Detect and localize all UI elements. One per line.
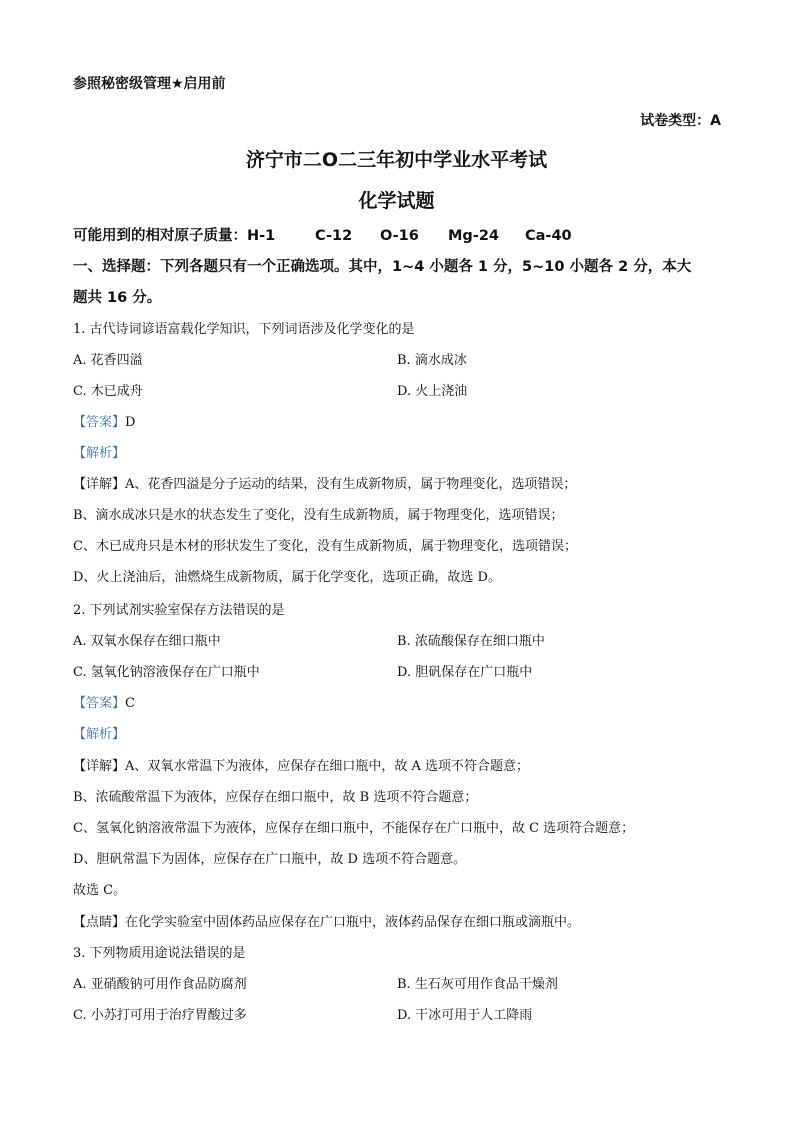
question-2-answer: 【答案】C [73, 692, 135, 711]
question-1-detail-c: C、木已成舟只是木材的形状发生了变化，没有生成新物质，属于物理变化，选项错误； [73, 535, 577, 554]
question-1-analysis-tag: 【解析】 [73, 442, 125, 461]
question-2-analysis-tag: 【解析】 [73, 723, 125, 742]
answer-tag: 【答案】 [73, 415, 125, 430]
question-3-option-a: A. 亚硝酸钠可用作食品防腐剂 [73, 973, 247, 992]
question-1-stem: 1. 古代诗词谚语富载化学知识，下列词语涉及化学变化的是 [73, 318, 415, 337]
question-1-detail-a: 【详解】A、花香四溢是分子运动的结果，没有生成新物质，属于物理变化，选项错误； [73, 473, 576, 492]
question-2-option-c: C. 氢氧化钠溶液保存在广口瓶中 [73, 661, 260, 680]
question-1-option-a: A. 花香四溢 [73, 349, 143, 368]
answer-tag: 【答案】 [73, 696, 125, 711]
paper-type: 试卷类型：A [640, 110, 721, 130]
question-2-detail-a: 【详解】A、双氧水常温下为液体，应保存在细口瓶中，故 A 选项不符合题意； [73, 755, 529, 774]
question-1-option-b: B. 滴水成冰 [397, 349, 467, 368]
question-2-stem: 2. 下列试剂实验室保存方法错误的是 [73, 599, 285, 618]
question-1-detail-d: D、火上浇油后，油燃烧生成新物质，属于化学变化，选项正确，故选 D。 [73, 566, 501, 585]
question-1-option-c: C. 木已成舟 [73, 380, 143, 399]
question-2-point: 【点睛】在化学实验室中固体药品应保存在广口瓶中，液体药品保存在细口瓶或滴瓶中。 [73, 911, 580, 930]
detail-tag: 【详解】 [73, 759, 125, 774]
mass-item: Mg-24 [448, 228, 525, 244]
answer-value: C [125, 696, 135, 711]
question-2-option-d: D. 胆矾保存在广口瓶中 [397, 661, 532, 680]
question-3-stem: 3. 下列物质用途说法错误的是 [73, 942, 246, 961]
question-2-option-a: A. 双氧水保存在细口瓶中 [73, 630, 221, 649]
atomic-masses: 可能用到的相对原子质量：H-1C-12O-16Mg-24Ca-40 [73, 224, 572, 245]
question-3-option-d: D. 干冰可用于人工降雨 [397, 1004, 532, 1023]
point-text: 在化学实验室中固体药品应保存在广口瓶中，液体药品保存在细口瓶或滴瓶中。 [125, 915, 580, 930]
question-2-conclusion: 故选 C。 [73, 879, 126, 898]
mass-item: O-16 [380, 228, 448, 244]
section-heading-line1: 一、选择题：下列各题只有一个正确选项。其中，1~4 小题各 1 分，5~10 小… [73, 255, 691, 276]
question-1-answer: 【答案】D [73, 411, 135, 430]
section-heading-line2: 题共 16 分。 [73, 286, 161, 307]
confidential-notice: 参照秘密级管理★启用前 [73, 73, 226, 93]
answer-value: D [125, 415, 135, 430]
question-2-detail-c: C、氢氧化钠溶液常温下为液体，应保存在细口瓶中，不能保存在广口瓶中，故 C 选项… [73, 817, 634, 836]
question-2-detail-b: B、浓硫酸常温下为液体，应保存在细口瓶中，故 B 选项不符合题意； [73, 786, 477, 805]
point-tag: 【点睛】 [73, 915, 125, 930]
mass-item: C-12 [315, 228, 380, 244]
question-1-detail-b: B、滴水成冰只是水的状态发生了变化，没有生成新物质，属于物理变化，选项错误； [73, 504, 564, 523]
detail-tag: 【详解】 [73, 477, 125, 492]
exam-title: 济宁市二O二三年初中学业水平考试 [0, 145, 793, 172]
question-3-option-b: B. 生石灰可用作食品干燥剂 [397, 973, 558, 992]
mass-item: H-1 [247, 228, 315, 244]
question-1-option-d: D. 火上浇油 [397, 380, 467, 399]
question-2-option-b: B. 浓硫酸保存在细口瓶中 [397, 630, 545, 649]
atomic-masses-label: 可能用到的相对原子质量： [73, 224, 247, 245]
subject-title: 化学试题 [0, 186, 793, 213]
question-2-detail-d: D、胆矾常温下为固体，应保存在广口瓶中，故 D 选项不符合题意。 [73, 848, 466, 867]
detail-text: A、花香四溢是分子运动的结果，没有生成新物质，属于物理变化，选项错误； [125, 477, 576, 492]
mass-item: Ca-40 [525, 228, 572, 244]
detail-text: A、双氧水常温下为液体，应保存在细口瓶中，故 A 选项不符合题意； [125, 759, 529, 774]
question-3-option-c: C. 小苏打可用于治疗胃酸过多 [73, 1004, 247, 1023]
